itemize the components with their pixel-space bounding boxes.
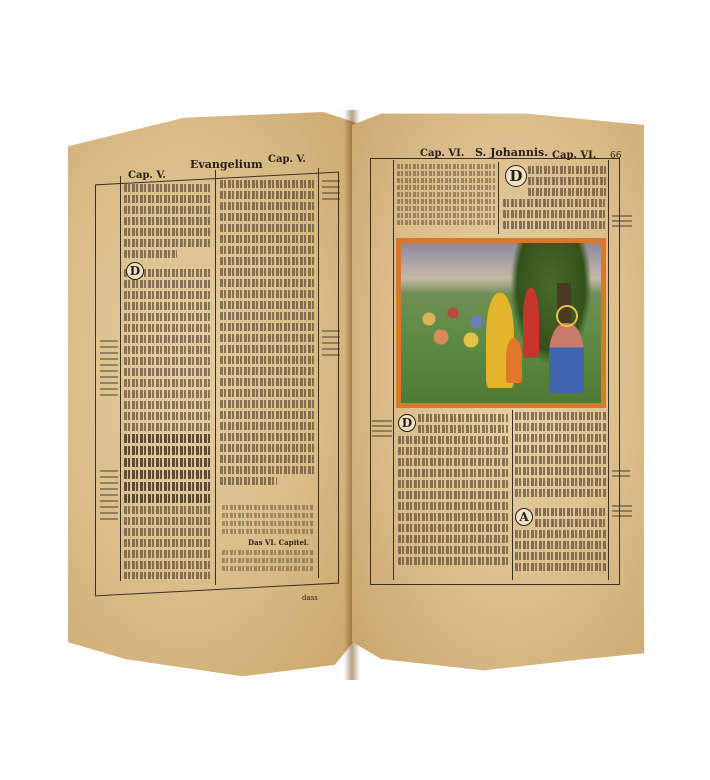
left-margin-rule: [120, 176, 121, 581]
feeding-five-thousand-illustration: [396, 238, 606, 408]
figure-apostle-red: [523, 288, 539, 358]
right-initial-letter-top: D: [505, 165, 527, 187]
left-right-margin-rule: [318, 168, 319, 578]
left-header-title: Evangelium: [190, 158, 263, 171]
figure-boy-orange: [506, 338, 522, 383]
figure-jesus: [549, 323, 584, 393]
left-column-1-text: [124, 184, 212, 579]
left-margin-note-1: [100, 340, 118, 400]
right-lower-left-text: [398, 414, 508, 580]
halo: [556, 305, 578, 327]
left-catchword: dass: [302, 594, 318, 602]
right-margin-note-1: [612, 215, 632, 227]
chapter-summary-box: [397, 164, 495, 232]
left-column-divider: [215, 170, 216, 585]
left-margin-note-2: [100, 470, 118, 520]
left-footnotes: [222, 505, 314, 535]
chapter-vi-summary: [222, 550, 314, 580]
left-margin-note-4: [322, 330, 340, 360]
right-margin-note-4: [612, 505, 632, 519]
chapter-vi-heading: Das VI. Capitel.: [248, 538, 309, 547]
right-margin-rule: [393, 160, 394, 580]
chapter-vi-opening-text-cont: [503, 199, 606, 235]
right-right-margin-rule: [608, 160, 609, 580]
open-book-photo: Cap. V. Evangelium Cap. V. D Das VI. Cap…: [0, 0, 710, 780]
left-header-chapter-right: Cap. V.: [268, 154, 306, 165]
left-column-2-text: [220, 180, 315, 505]
left-initial-letter: D: [126, 262, 144, 280]
right-top-column-divider: [498, 162, 499, 234]
right-margin-note-2: [372, 420, 392, 440]
left-margin-note-3: [322, 180, 340, 200]
right-lower-right-text: [515, 412, 607, 512]
right-lower-column-divider: [512, 410, 513, 580]
right-margin-note-3: [612, 470, 630, 478]
left-header-chapter-left: Cap. V.: [128, 170, 166, 181]
right-lower-right-text-2: [515, 508, 607, 580]
